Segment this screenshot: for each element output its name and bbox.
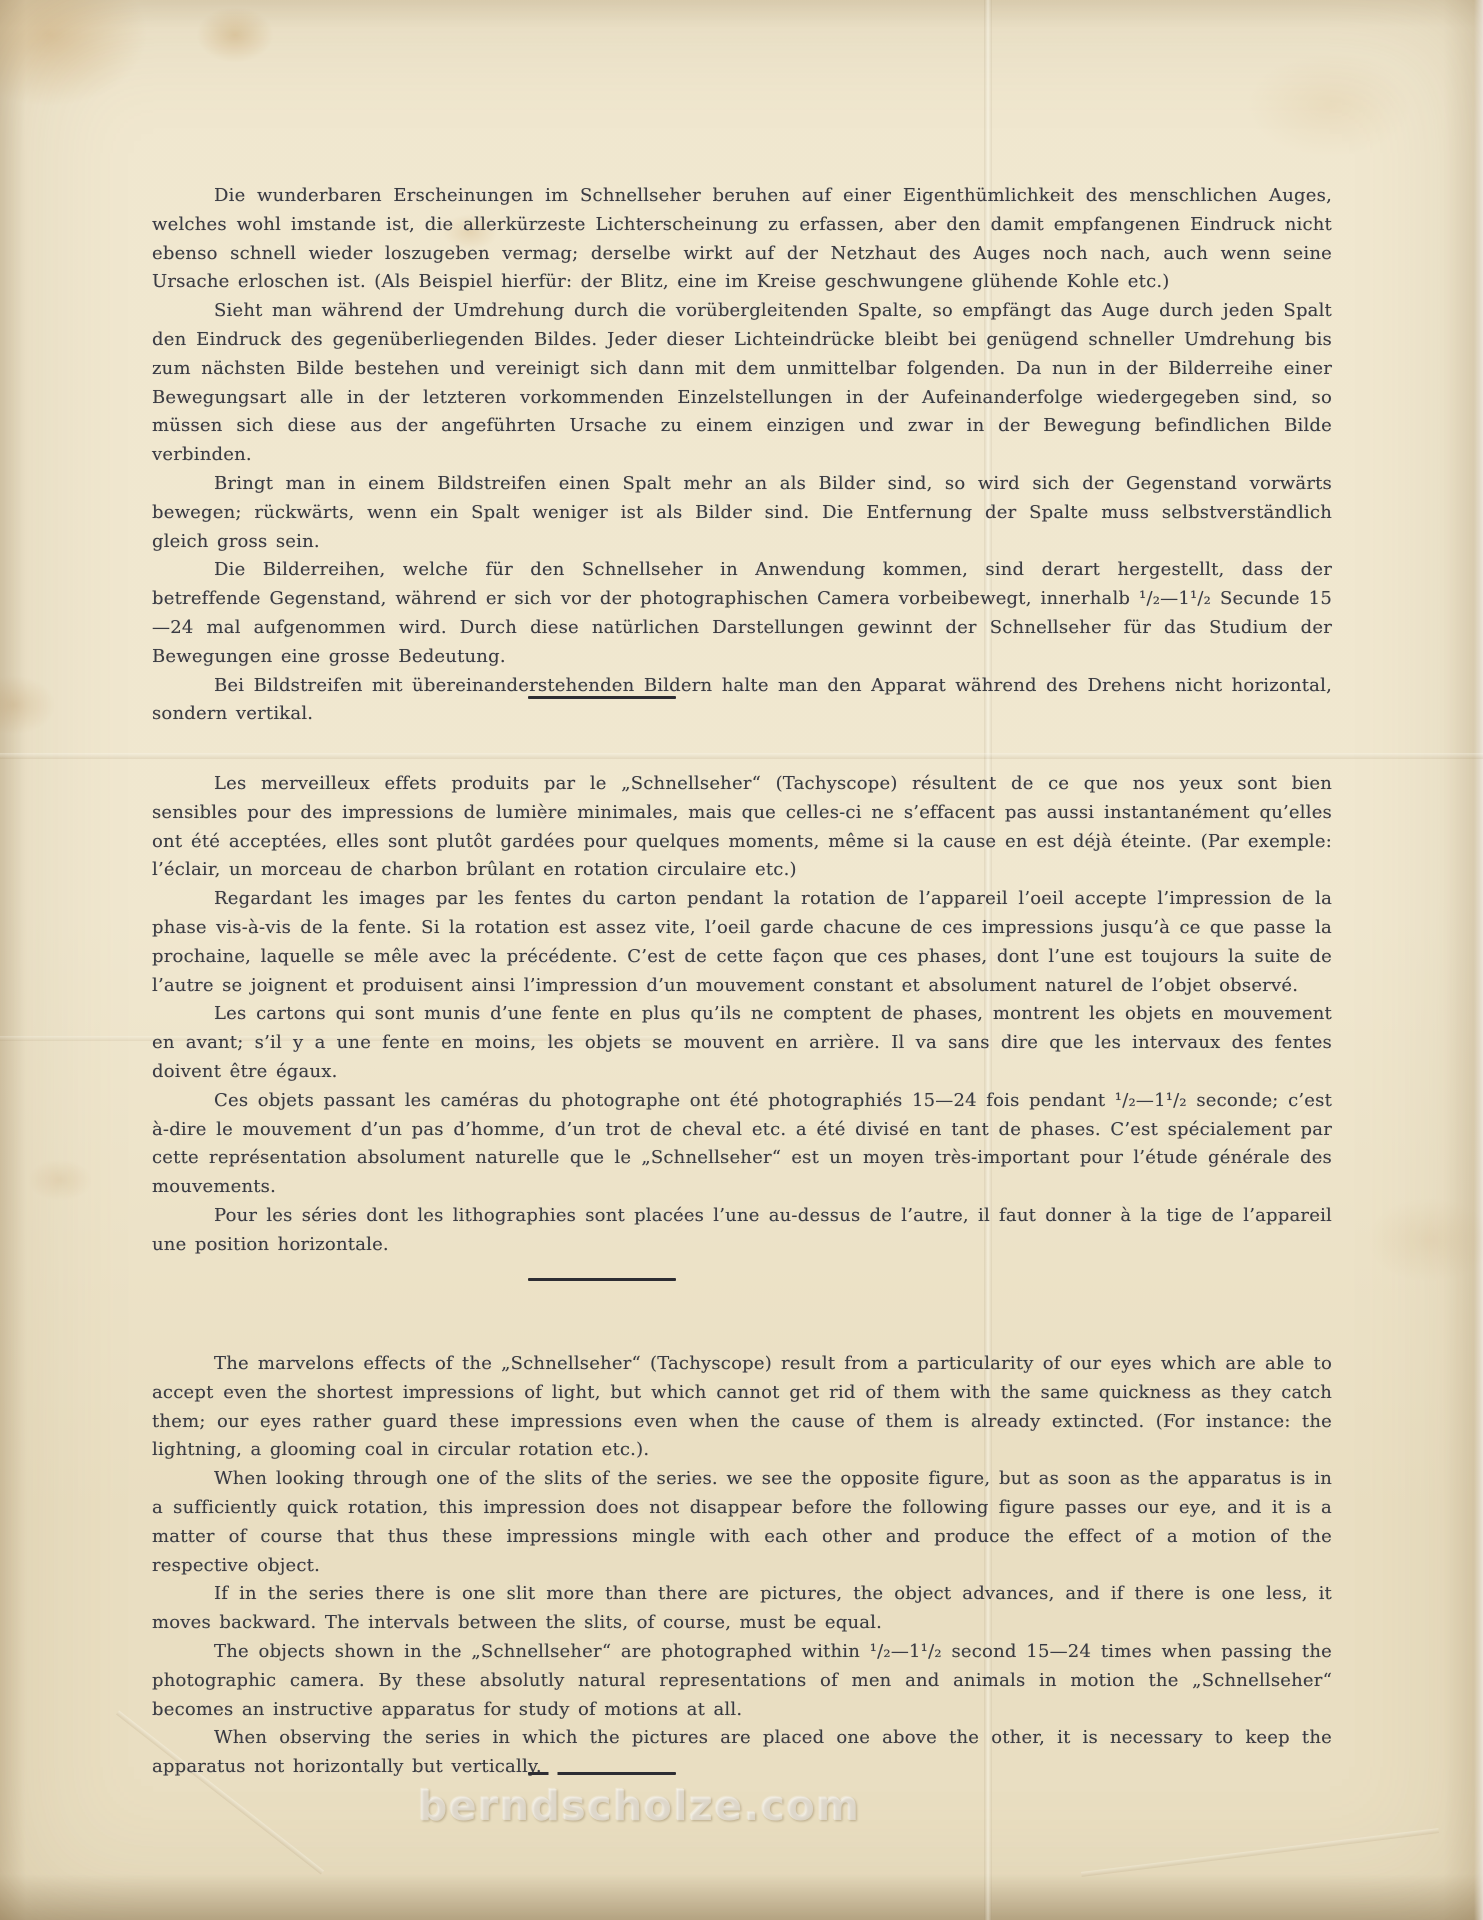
corner-fold-crease: [1081, 1828, 1439, 1877]
paragraph: Bringt man in einem Bildstreifen einen S…: [152, 470, 1332, 556]
paragraph: Die wunderbaren Erscheinungen im Schnell…: [152, 182, 1332, 297]
paragraph: The objects shown in the „Schnellseher“ …: [152, 1638, 1332, 1724]
paragraph: Les cartons qui sont munis d’une fente e…: [152, 1000, 1332, 1086]
section-divider: [528, 1278, 676, 1281]
paragraph: When observing the series in which the p…: [152, 1724, 1332, 1782]
paragraph: Sieht man während der Umdrehung durch di…: [152, 297, 1332, 470]
paragraph: Les merveilleux effets produits par le „…: [152, 770, 1332, 885]
paragraph: Regardant les images par les fentes du c…: [152, 885, 1332, 1000]
section-german: Die wunderbaren Erscheinungen im Schnell…: [152, 182, 1332, 729]
section-french: Les merveilleux effets produits par le „…: [152, 770, 1332, 1260]
scanned-page: Die wunderbaren Erscheinungen im Schnell…: [0, 0, 1483, 1920]
section-english: The marvelons effects of the „Schnellseh…: [152, 1350, 1332, 1782]
watermark: berndscholze.com: [418, 1782, 860, 1830]
section-divider: [528, 1772, 676, 1775]
paragraph: Pour les séries dont les lithographies s…: [152, 1202, 1332, 1260]
horizontal-fold-crease: [0, 753, 1483, 759]
paragraph: Bei Bildstreifen mit übereinanderstehend…: [152, 672, 1332, 730]
section-divider: [528, 696, 676, 699]
paragraph: If in the series there is one slit more …: [152, 1580, 1332, 1638]
paragraph: The marvelons effects of the „Schnellseh…: [152, 1350, 1332, 1465]
paragraph: When looking through one of the slits of…: [152, 1465, 1332, 1580]
paragraph: Die Bilderreihen, welche für den Schnell…: [152, 556, 1332, 671]
paragraph: Ces objets passant les caméras du photog…: [152, 1087, 1332, 1202]
